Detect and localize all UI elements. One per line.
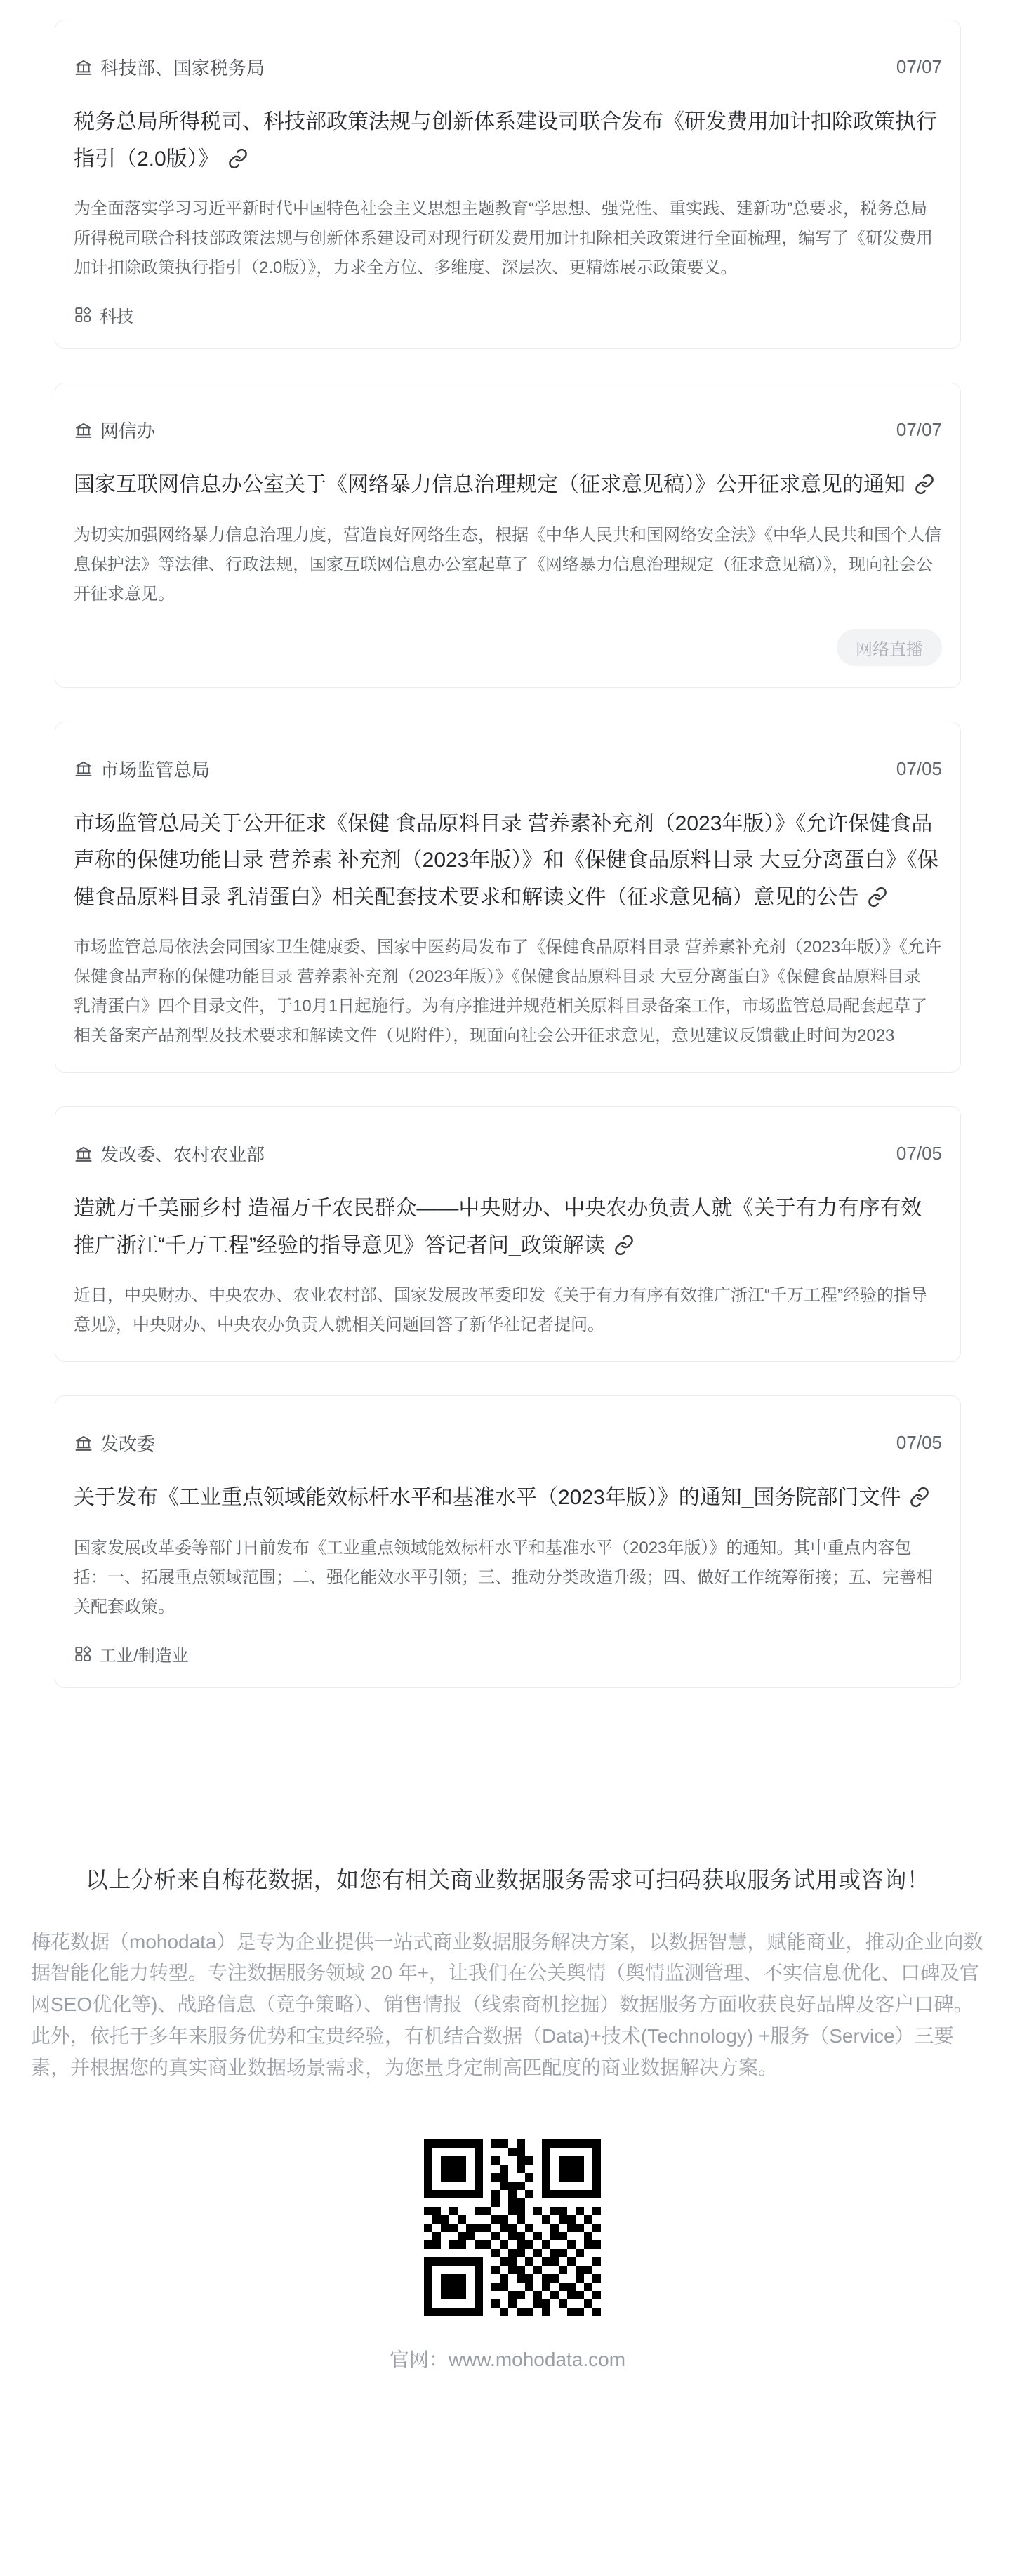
qr-code-wrap [0, 2139, 1015, 2316]
article-summary: 为切实加强网络暴力信息治理力度，营造良好网络生态，根据《中华人民共和国网络安全法… [74, 521, 942, 609]
qr-code [424, 2139, 601, 2316]
news-card: 发改委 07/05 关于发布《工业重点领域能效标杆水平和基准水平（2023年版）… [55, 1395, 961, 1688]
promo-paragraph-1: 梅花数据（mohodata）是专为企业提供一站式商业数据服务解决方案，以数据智慧… [31, 1927, 984, 2021]
card-header: 发改委、农村农业部 07/05 [74, 1141, 942, 1167]
promo-description: 梅花数据（mohodata）是专为企业提供一站式商业数据服务解决方案，以数据智慧… [31, 1927, 984, 2084]
card-header: 网信办 07/07 [74, 417, 942, 443]
article-title[interactable]: 关于发布《工业重点领域能效标杆水平和基准水平（2023年版）》的通知_国务院部门… [74, 1480, 942, 1517]
news-card: 网信办 07/07 国家互联网信息办公室关于《网络暴力信息治理规定（征求意见稿）… [55, 383, 961, 688]
bank-icon [74, 420, 93, 440]
link-icon[interactable] [867, 883, 888, 904]
source-name: 科技部、国家税务局 [100, 54, 265, 80]
promo-footer: 以上分析来自梅花数据，如您有相关商业数据服务需求可扫码获取服务试用或咨询！ 梅花… [0, 1722, 1015, 2461]
bank-icon [74, 1433, 93, 1453]
card-header: 科技部、国家税务局 07/07 [74, 54, 942, 80]
source-name: 网信办 [100, 417, 155, 443]
publish-date: 07/05 [896, 1432, 942, 1454]
article-summary: 近日，中央财办、中央农办、农业农村部、国家发展改革委印发《关于有力有序有效推广浙… [74, 1281, 942, 1340]
publish-date: 07/05 [896, 1143, 942, 1164]
news-card: 市场监管总局 07/05 市场监管总局关于公开征求《保健 食品原料目录 营养素补… [55, 722, 961, 1073]
news-feed: 科技部、国家税务局 07/07 税务总局所得税司、科技部政策法规与创新体系建设司… [0, 0, 1015, 1688]
publish-date: 07/07 [896, 56, 942, 78]
source-name: 发改委 [100, 1430, 155, 1456]
keyword-badge[interactable]: 网络直播 [837, 629, 942, 666]
publish-date: 07/07 [896, 419, 942, 441]
tag-label: 工业/制造业 [100, 1642, 189, 1666]
card-header: 市场监管总局 07/05 [74, 756, 942, 782]
promo-headline: 以上分析来自梅花数据，如您有相关商业数据服务需求可扫码获取服务试用或咨询！ [0, 1862, 1015, 1894]
industry-tag[interactable]: 工业/制造业 [74, 1642, 942, 1666]
tag-label: 科技 [100, 303, 133, 327]
news-card: 科技部、国家税务局 07/07 税务总局所得税司、科技部政策法规与创新体系建设司… [55, 20, 961, 349]
bank-icon [74, 759, 93, 778]
article-title[interactable]: 市场监管总局关于公开征求《保健 食品原料目录 营养素补充剂（2023年版）》《允… [74, 806, 942, 917]
official-site-url: 官网：www.mohodata.com [0, 2344, 1015, 2460]
card-header: 发改委 07/05 [74, 1430, 942, 1456]
bank-icon [74, 58, 93, 77]
link-icon[interactable] [909, 1483, 930, 1504]
link-icon[interactable] [227, 145, 248, 166]
news-card: 发改委、农村农业部 07/05 造就万千美丽乡村 造福万千农民群众——中央财办、… [55, 1106, 961, 1362]
promo-paragraph-2: 此外，依托于多年来服务优势和宝贵经验，有机结合数据（Data)+技术(Techn… [31, 2021, 984, 2084]
bank-icon [74, 1144, 93, 1164]
publish-date: 07/05 [896, 758, 942, 780]
article-summary: 国家发展改革委等部门日前发布《工业重点领域能效标杆水平和基准水平（2023年版）… [74, 1534, 942, 1622]
article-title[interactable]: 税务总局所得税司、科技部政策法规与创新体系建设司联合发布《研发费用加计扣除政策执… [74, 104, 942, 178]
article-summary: 市场监管总局依法会同国家卫生健康委、国家中医药局发布了《保健食品原料目录 营养素… [74, 933, 942, 1051]
source-name: 发改委、农村农业部 [100, 1141, 265, 1167]
article-summary: 为全面落实学习习近平新时代中国特色社会主义思想主题教育“学思想、强党性、重实践、… [74, 194, 942, 283]
source-name: 市场监管总局 [100, 756, 210, 782]
category-grid-icon [74, 1645, 93, 1664]
industry-tag[interactable]: 科技 [74, 303, 942, 327]
link-icon[interactable] [613, 1231, 635, 1252]
link-icon[interactable] [914, 470, 935, 491]
article-title[interactable]: 国家互联网信息办公室关于《网络暴力信息治理规定（征求意见稿）》公开征求意见的通知 [74, 467, 942, 504]
category-grid-icon [74, 305, 93, 324]
keyword-row: 网络直播 [74, 629, 942, 666]
article-title[interactable]: 造就万千美丽乡村 造福万千农民群众——中央财办、中央农办负责人就《关于有力有序有… [74, 1190, 942, 1264]
